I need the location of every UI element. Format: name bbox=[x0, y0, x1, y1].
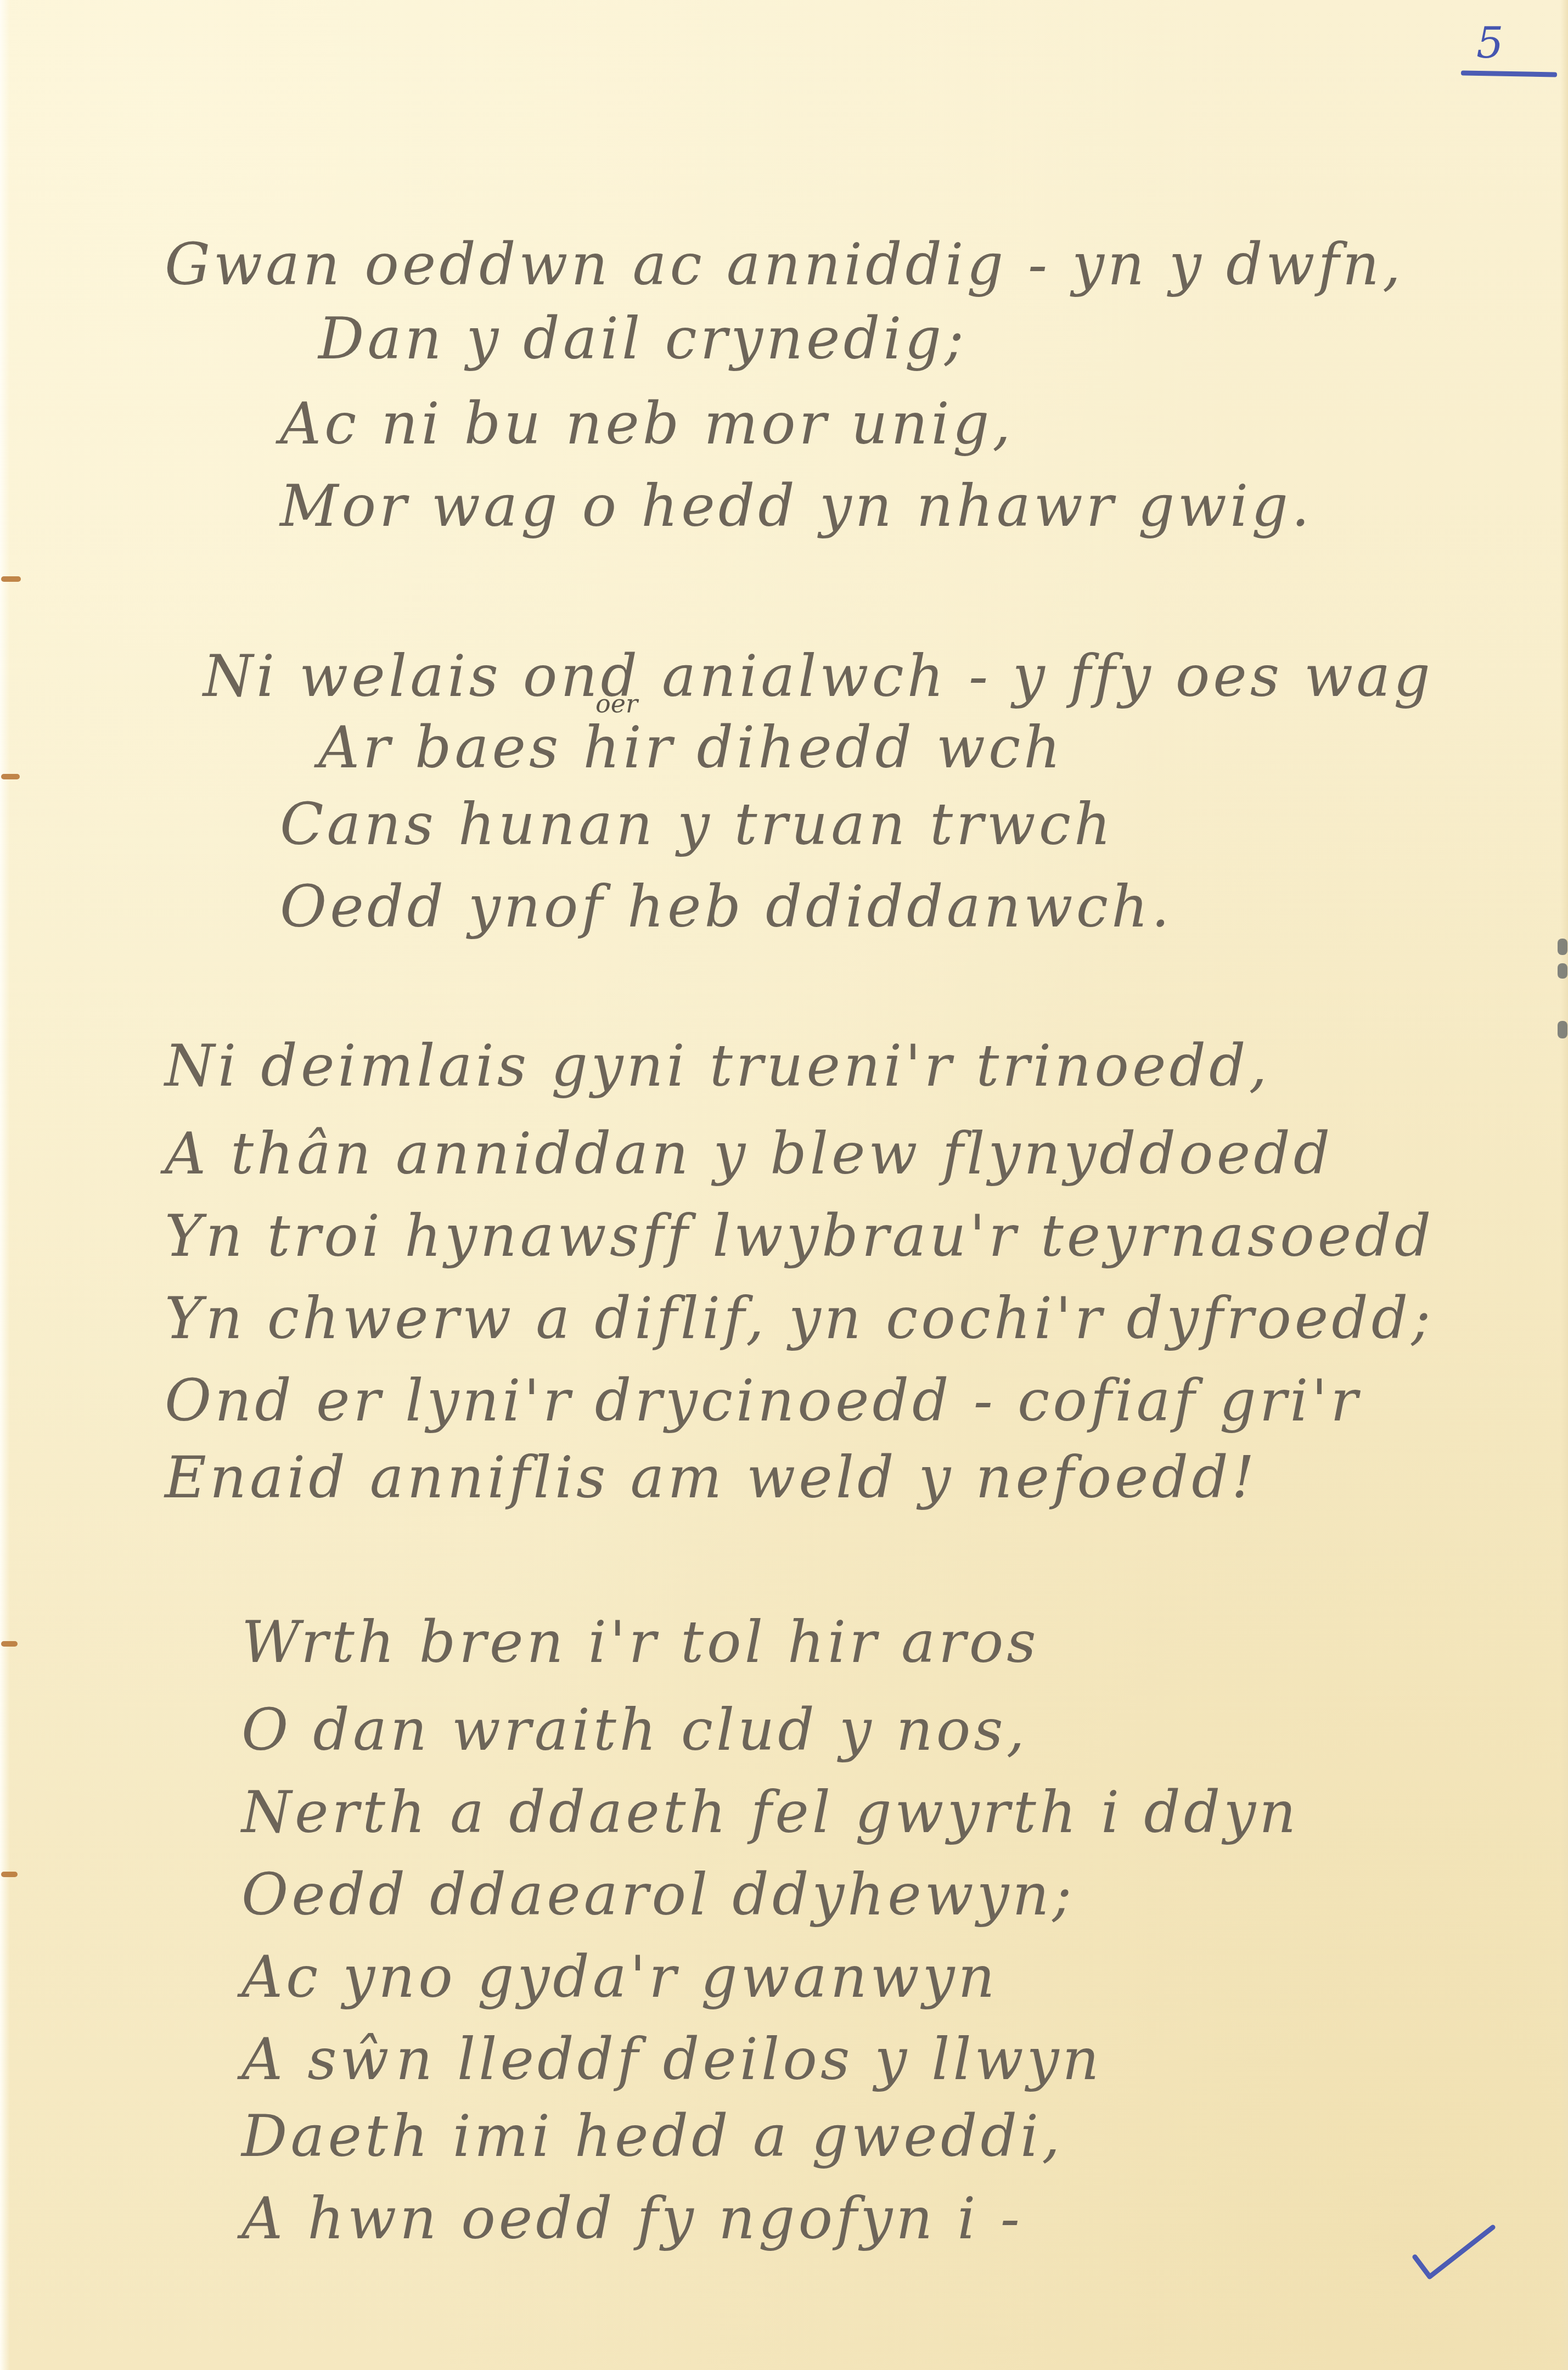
poem-line: Enaid anniflis am weld y nefoedd! bbox=[165, 1449, 1258, 1506]
poem-line: Yn troi hynawsff lwybrau'r teyrnasoedd bbox=[165, 1208, 1434, 1265]
poem-line: O dan wraith clud y nos, bbox=[241, 1701, 1028, 1759]
poem-line: A thân anniddan y blew flynyddoedd bbox=[165, 1125, 1333, 1182]
poem-line: Gwan oeddwn ac anniddig - yn y dwfn, bbox=[165, 236, 1404, 293]
poem-line: A hwn oedd fy ngofyn i - bbox=[241, 2190, 1023, 2247]
poem-line: Ni welais ond anialwch - y ffy oes wag bbox=[203, 648, 1434, 705]
poem-line: Ac ni bu neb mor unig, bbox=[280, 395, 1014, 452]
poem: Gwan oeddwn ac anniddig - yn y dwfn, Dan… bbox=[0, 0, 1568, 2370]
poem-line: Ond er lyni'r drycinoedd - cofiaf gri'r bbox=[165, 1372, 1361, 1429]
poem-line: Yn chwerw a diflif, yn cochi'r dyfroedd; bbox=[165, 1290, 1434, 1347]
poem-line: Ac yno gyda'r gwanwyn bbox=[241, 1948, 998, 2006]
manuscript-page: 5 Gwan oeddwn ac anniddig - yn y dwfn, D… bbox=[0, 0, 1568, 2370]
poem-line: Nerth a ddaeth fel gwyrth i ddyn bbox=[241, 1784, 1299, 1841]
poem-line: Daeth imi hedd a gweddi, bbox=[241, 2108, 1063, 2165]
poem-line: Oedd ynof heb ddiddanwch. bbox=[280, 878, 1173, 935]
poem-line: Ni deimlais gyni trueni'r trinoedd, bbox=[165, 1037, 1271, 1094]
poem-line: Dan y dail crynedig; bbox=[318, 310, 967, 367]
poem-line: Wrth bren i'r tol hir aros bbox=[241, 1614, 1039, 1671]
poem-line: Oedd ddaearol ddyhewyn; bbox=[241, 1866, 1075, 1923]
poem-line: Cans hunan y truan trwch bbox=[280, 796, 1114, 853]
poem-line: A sŵn lleddf deilos y llwyn bbox=[241, 2031, 1103, 2088]
poem-line: Mor wag o hedd yn nhawr gwig. bbox=[280, 478, 1313, 535]
poem-line: Ar baes hir dihedd wch bbox=[318, 719, 1064, 776]
checkmark-icon bbox=[1410, 2223, 1498, 2283]
